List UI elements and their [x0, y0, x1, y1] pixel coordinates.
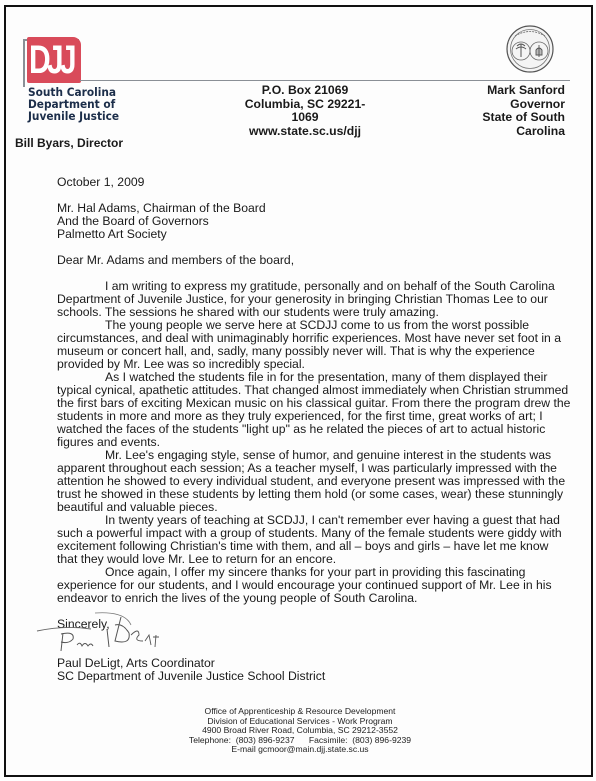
governor-line: State of South: [440, 111, 565, 125]
agency-line: Juvenile Justice: [28, 110, 119, 122]
letter-footer: Office of Apprenticeship & Resource Deve…: [140, 707, 460, 755]
body-paragraph: As I watched the students file in for th…: [57, 371, 572, 449]
director-name: Bill Byars, Director: [15, 136, 123, 150]
address-line: P.O. Box 21069: [205, 84, 405, 98]
governor-line: Mark Sanford: [440, 84, 565, 98]
handwritten-signature-icon: [57, 631, 572, 657]
djj-logo: DJJ: [23, 37, 83, 89]
recipient-line: Palmetto Art Society: [57, 228, 572, 241]
body-paragraph: Mr. Lee's engaging style, sense of humor…: [57, 449, 572, 514]
body-paragraph: The young people we serve here at SCDJJ …: [57, 319, 572, 371]
governor-line: Governor: [440, 98, 565, 112]
body-paragraph: In twenty years of teaching at SCDJJ, I …: [57, 514, 572, 566]
address-line: 1069: [205, 111, 405, 125]
body-paragraph: I am writing to express my gratitude, pe…: [57, 280, 572, 319]
logo-letters: DJJ: [27, 37, 81, 83]
letterhead-rule: [80, 80, 570, 81]
agency-name: South Carolina Department of Juvenile Ju…: [28, 86, 119, 122]
governor-block: Mark Sanford Governor State of South Car…: [440, 84, 565, 138]
letter-body: October 1, 2009 Mr. Hal Adams, Chairman …: [57, 176, 572, 683]
letter-date: October 1, 2009: [57, 176, 572, 189]
body-paragraph: Once again, I offer my sincere thanks fo…: [57, 566, 572, 605]
recipient-block: Mr. Hal Adams, Chairman of the Board And…: [57, 202, 572, 241]
footer-email[interactable]: E-mail gcmoor@main.djj.state.sc.us: [140, 745, 460, 755]
state-seal-icon: [505, 24, 555, 74]
address-line: Columbia, SC 29221-: [205, 98, 405, 112]
governor-line: Carolina: [440, 125, 565, 139]
mailing-address: P.O. Box 21069 Columbia, SC 29221- 1069 …: [205, 84, 405, 138]
salutation: Dear Mr. Adams and members of the board,: [57, 254, 572, 267]
website-link[interactable]: www.state.sc.us/djj: [205, 125, 405, 139]
signer-organization: SC Department of Juvenile Justice School…: [57, 670, 572, 683]
